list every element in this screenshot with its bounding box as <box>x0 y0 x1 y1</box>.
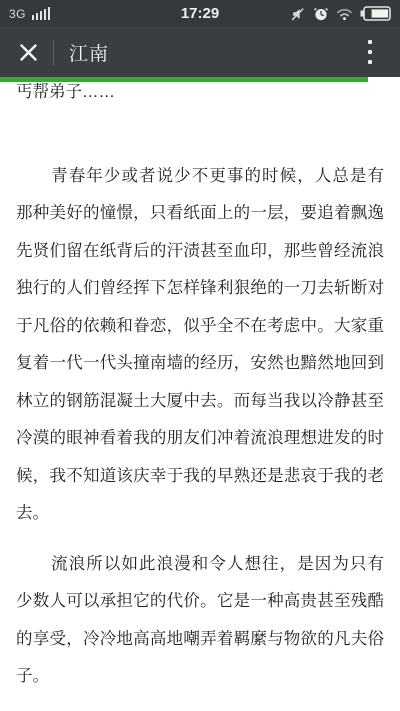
menu-dot <box>368 40 372 44</box>
nav-bar: 江南 <box>0 27 400 77</box>
text-line: 林立的钢筋混凝土大厦中去。而每当我以冷静甚至 <box>16 383 384 421</box>
text-line: 青春年少或者说少不更事的时候，人总是有 <box>16 158 384 196</box>
paragraph: 丐帮弟子…… <box>16 74 384 112</box>
menu-dot <box>368 60 372 64</box>
text-line: 复着一代一代头撞南墙的经历，安然也黯然地回到 <box>16 345 384 383</box>
status-right-icons <box>290 6 391 22</box>
text-line: 去。 <box>16 495 384 533</box>
more-options-button[interactable] <box>366 34 374 70</box>
page-title: 江南 <box>69 39 109 66</box>
text-line: 先贤们留在纸背后的汗渍甚至血印，那些曾经流浪 <box>16 233 384 271</box>
paragraph: 流浪所以如此浪漫和令人想往，是因为只有少数人可以承担它的代价。它是一种高贵甚至残… <box>16 546 384 696</box>
text-line: 那种美好的憧憬，只看纸面上的一层，要追着飘逸 <box>16 195 384 233</box>
mute-icon <box>290 6 306 22</box>
text-line: 少数人可以承担它的代价。它是一种高贵甚至残酷 <box>16 583 384 621</box>
phone-screen: 3G 17:29 <box>0 0 400 711</box>
signal-strength-icon <box>32 7 50 20</box>
alarm-clock-icon <box>313 6 329 22</box>
text-line: 流浪所以如此浪漫和令人想往，是因为只有 <box>16 546 384 584</box>
network-label: 3G <box>9 7 26 21</box>
paragraph: 青春年少或者说少不更事的时候，人总是有那种美好的憧憬，只看纸面上的一层，要追着飘… <box>16 158 384 533</box>
text-line: 独行的人们曾经挥下怎样锋利狠绝的一刀去斩断对 <box>16 270 384 308</box>
close-button[interactable] <box>0 43 38 62</box>
text-line: 候，我不知道该庆幸于我的早熟还是悲哀于我的老 <box>16 458 384 496</box>
menu-dot <box>368 50 372 54</box>
wifi-icon <box>336 7 353 21</box>
text-line: 子。 <box>16 658 384 696</box>
article: 丐帮弟子…… 青春年少或者说少不更事的时候，人总是有那种美好的憧憬，只看纸面上的… <box>0 74 400 696</box>
text-line: 的享受，冷冷地高高地嘲弄着羁縻与物欲的凡夫俗 <box>16 621 384 659</box>
nav-divider <box>53 40 54 65</box>
text-line: 冷漠的眼神看着我的朋友们冲着流浪理想进发的时 <box>16 420 384 458</box>
text-line: 丐帮弟子…… <box>16 74 384 112</box>
battery-icon <box>360 6 391 21</box>
battery-fill <box>372 9 389 17</box>
close-icon <box>19 43 38 62</box>
status-bar: 3G 17:29 <box>0 0 400 27</box>
text-line: 于凡俗的依赖和眷恋，似乎全不在考虑中。大家重 <box>16 308 384 346</box>
